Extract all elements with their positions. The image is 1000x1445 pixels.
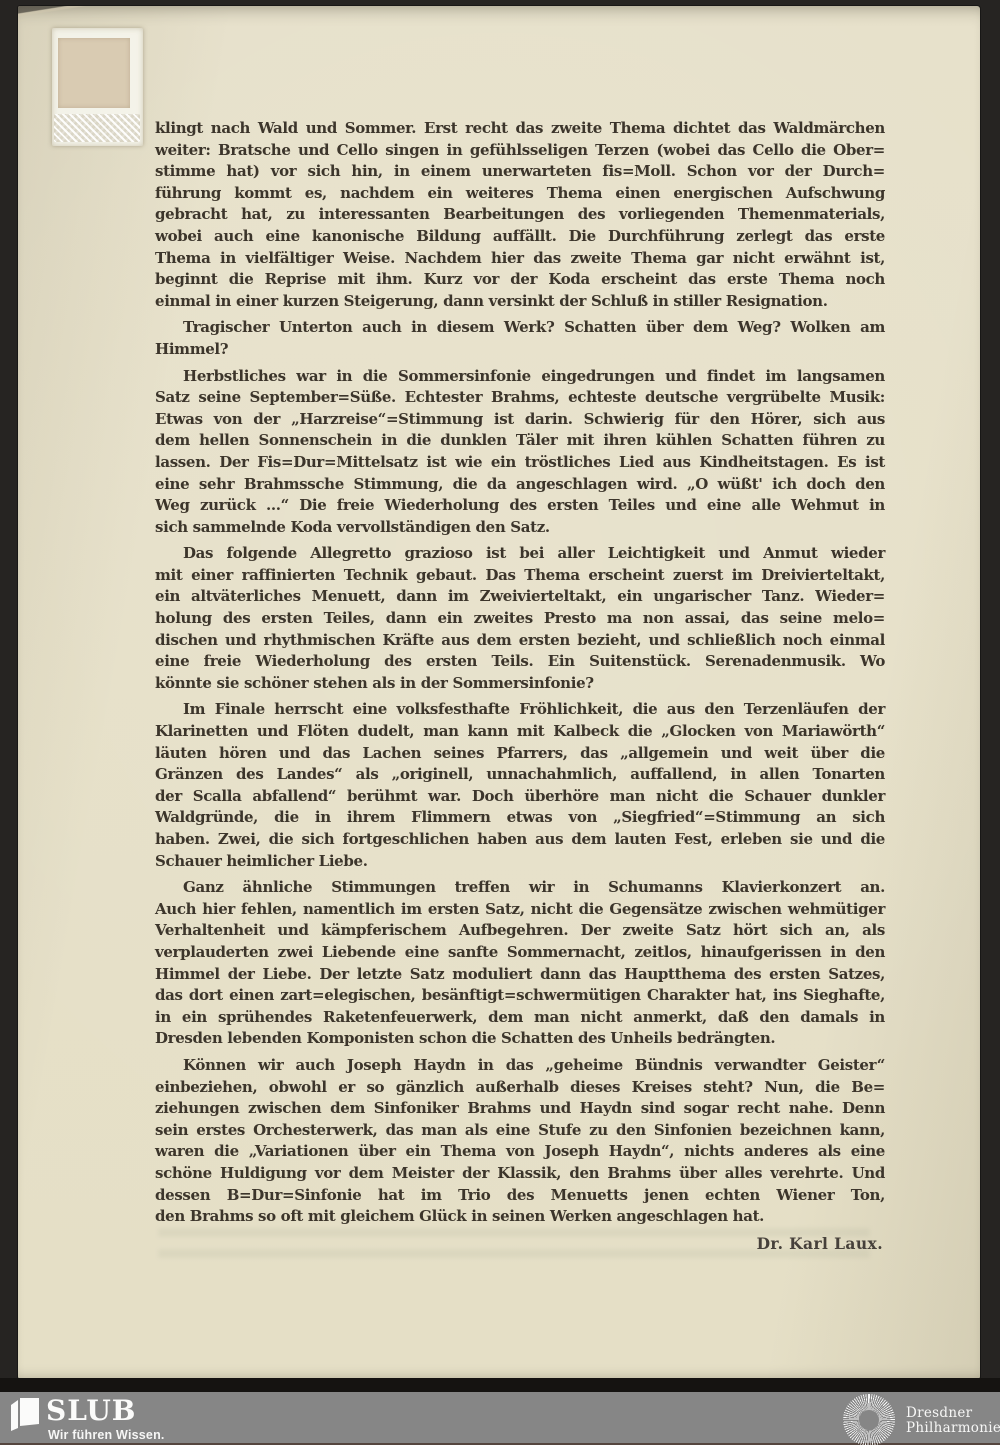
philharmonie-logo-text: Dresdner Philharmonie — [906, 1406, 1000, 1436]
open-book-icon — [10, 1397, 40, 1431]
text-line: führung kommt es, nachdem ein weiteres T… — [155, 183, 885, 205]
text-line: ein altväterliches Menuett, dann im Zwei… — [155, 586, 885, 608]
paragraph: Können wir auch Joseph Haydn in das „geh… — [155, 1055, 885, 1228]
text-line: Auch hier fehlen, namentlich im ersten S… — [155, 899, 885, 921]
paragraph: Tragischer Unterton auch in diesem Werk?… — [155, 317, 885, 360]
text-line: könnte sie schöner stehen als in der Som… — [155, 673, 885, 695]
text-line: Herbstliches war in die Sommersinfonie e… — [155, 366, 885, 388]
starburst-icon — [843, 1394, 895, 1445]
text-line: Ganz ähnliche Stimmungen treffen wir in … — [155, 877, 885, 899]
slub-tagline: Wir führen Wissen. — [48, 1428, 165, 1442]
text-line: Im Finale herrscht eine volksfesthafte F… — [155, 699, 885, 721]
paragraph: klingt nach Wald und Sommer. Erst recht … — [155, 118, 885, 312]
scan-border-strip — [0, 1378, 1000, 1392]
text-line: Himmel? — [155, 339, 885, 361]
text-line: Tragischer Unterton auch in diesem Werk?… — [155, 317, 885, 339]
verso-bleedthrough — [158, 1228, 870, 1268]
text-line: läuten hören und das Lachen seines Pfarr… — [155, 743, 885, 765]
text-line: Können wir auch Joseph Haydn in das „geh… — [155, 1055, 885, 1077]
text-line: haben. Zwei, die sich fortgeschlichen ha… — [155, 829, 885, 851]
viewer-background: { "page": { "paragraphs": [ {"indent": f… — [0, 0, 1000, 1445]
text-line: eine freie Wiederholung des ersten Teils… — [155, 651, 885, 673]
text-line: Klarinetten und Flöten dudelt, man kann … — [155, 721, 885, 743]
text-line: lassen. Der Fis=Dur=Mittelsatz ist wie e… — [155, 452, 885, 474]
text-line: mit einer raffinierten Technik gebaut. D… — [155, 565, 885, 587]
text-line: dischen und rhythmischen Kräfte aus dem … — [155, 630, 885, 652]
text-line: waren die „Variationen über ein Thema vo… — [155, 1141, 885, 1163]
text-line: Dresden lebenden Komponisten schon die S… — [155, 1028, 885, 1050]
text-line: verplauderten zwei Liebende eine sanfte … — [155, 942, 885, 964]
text-line: das dort einen zart=elegischen, besänfti… — [155, 985, 885, 1007]
text-line: Thema in vielfältiger Weise. Nachdem hie… — [155, 248, 885, 270]
text-line: einmal in einer kurzen Steigerung, dann … — [155, 291, 885, 313]
text-line: der Scalla abfallend“ berühmt war. Doch … — [155, 786, 885, 808]
tape-label — [58, 38, 130, 108]
paragraph: Herbstliches war in die Sommersinfonie e… — [155, 366, 885, 539]
philharmonie-name-line1: Dresdner — [906, 1406, 1000, 1421]
text-line: weiter: Bratsche und Cello singen in gef… — [155, 140, 885, 162]
text-line: gebracht hat, zu interessanten Bearbeitu… — [155, 204, 885, 226]
paragraph: Im Finale herrscht eine volksfesthafte F… — [155, 699, 885, 872]
scanned-page: klingt nach Wald und Sommer. Erst recht … — [18, 6, 980, 1378]
text-line: sich sammelnde Koda vervollständigen den… — [155, 517, 885, 539]
text-line: Waldgründe, die in ihrem Flimmern etwas … — [155, 807, 885, 829]
slub-logo-text: SLUB — [46, 1394, 136, 1427]
text-line: den Brahms so oft mit gleichem Glück in … — [155, 1206, 885, 1228]
text-line: Himmel der Liebe. Der letzte Satz moduli… — [155, 964, 885, 986]
text-line: eine sehr Brahmssche Stimmung, die da an… — [155, 474, 885, 496]
text-line: Gränzen des Landes“ als „originell, unna… — [155, 764, 885, 786]
tape-patch — [52, 28, 143, 146]
text-line: einbeziehen, obwohl er so gänzlich außer… — [155, 1077, 885, 1099]
text-line: Weg zurück …“ Die freie Wiederholung des… — [155, 495, 885, 517]
footer-bar: SLUB Wir führen Wissen. Dresdner Philhar… — [0, 1392, 1000, 1445]
document-text: klingt nach Wald und Sommer. Erst recht … — [155, 118, 885, 1254]
text-line: beginnt die Reprise mit ihm. Kurz vor de… — [155, 269, 885, 291]
text-line: in ein sprühendes Raketenfeuerwerk, dem … — [155, 1007, 885, 1029]
text-line: Das folgende Allegretto grazioso ist bei… — [155, 543, 885, 565]
philharmonie-name-line2: Philharmonie — [906, 1421, 1000, 1436]
paragraph: Das folgende Allegretto grazioso ist bei… — [155, 543, 885, 694]
text-line: Schauer heimlicher Liebe. — [155, 851, 885, 873]
text-line: Etwas von der „Harzreise“=Stimmung ist d… — [155, 409, 885, 431]
text-line: holung des ersten Teiles, dann ein zweit… — [155, 608, 885, 630]
text-line: dem hellen Sonnenschein in die dunklen T… — [155, 430, 885, 452]
text-line: Verhaltenheit und kämpferischem Aufbegeh… — [155, 920, 885, 942]
text-line: schöne Huldigung vor dem Meister der Kla… — [155, 1163, 885, 1185]
tape-weave-texture — [54, 114, 140, 142]
text-line: klingt nach Wald und Sommer. Erst recht … — [155, 118, 885, 140]
text-line: ziehungen zwischen dem Sinfoniker Brahms… — [155, 1098, 885, 1120]
paragraph: Ganz ähnliche Stimmungen treffen wir in … — [155, 877, 885, 1050]
text-line: wobei auch eine kanonische Bildung auffä… — [155, 226, 885, 248]
text-line: dessen B=Dur=Sinfonie hat im Trio des Me… — [155, 1185, 885, 1207]
text-line: stimme hat) vor sich hin, in einem unerw… — [155, 161, 885, 183]
text-line: sein erstes Orchesterwerk, das man als e… — [155, 1120, 885, 1142]
text-line: Satz seine September=Süße. Echtester Bra… — [155, 387, 885, 409]
